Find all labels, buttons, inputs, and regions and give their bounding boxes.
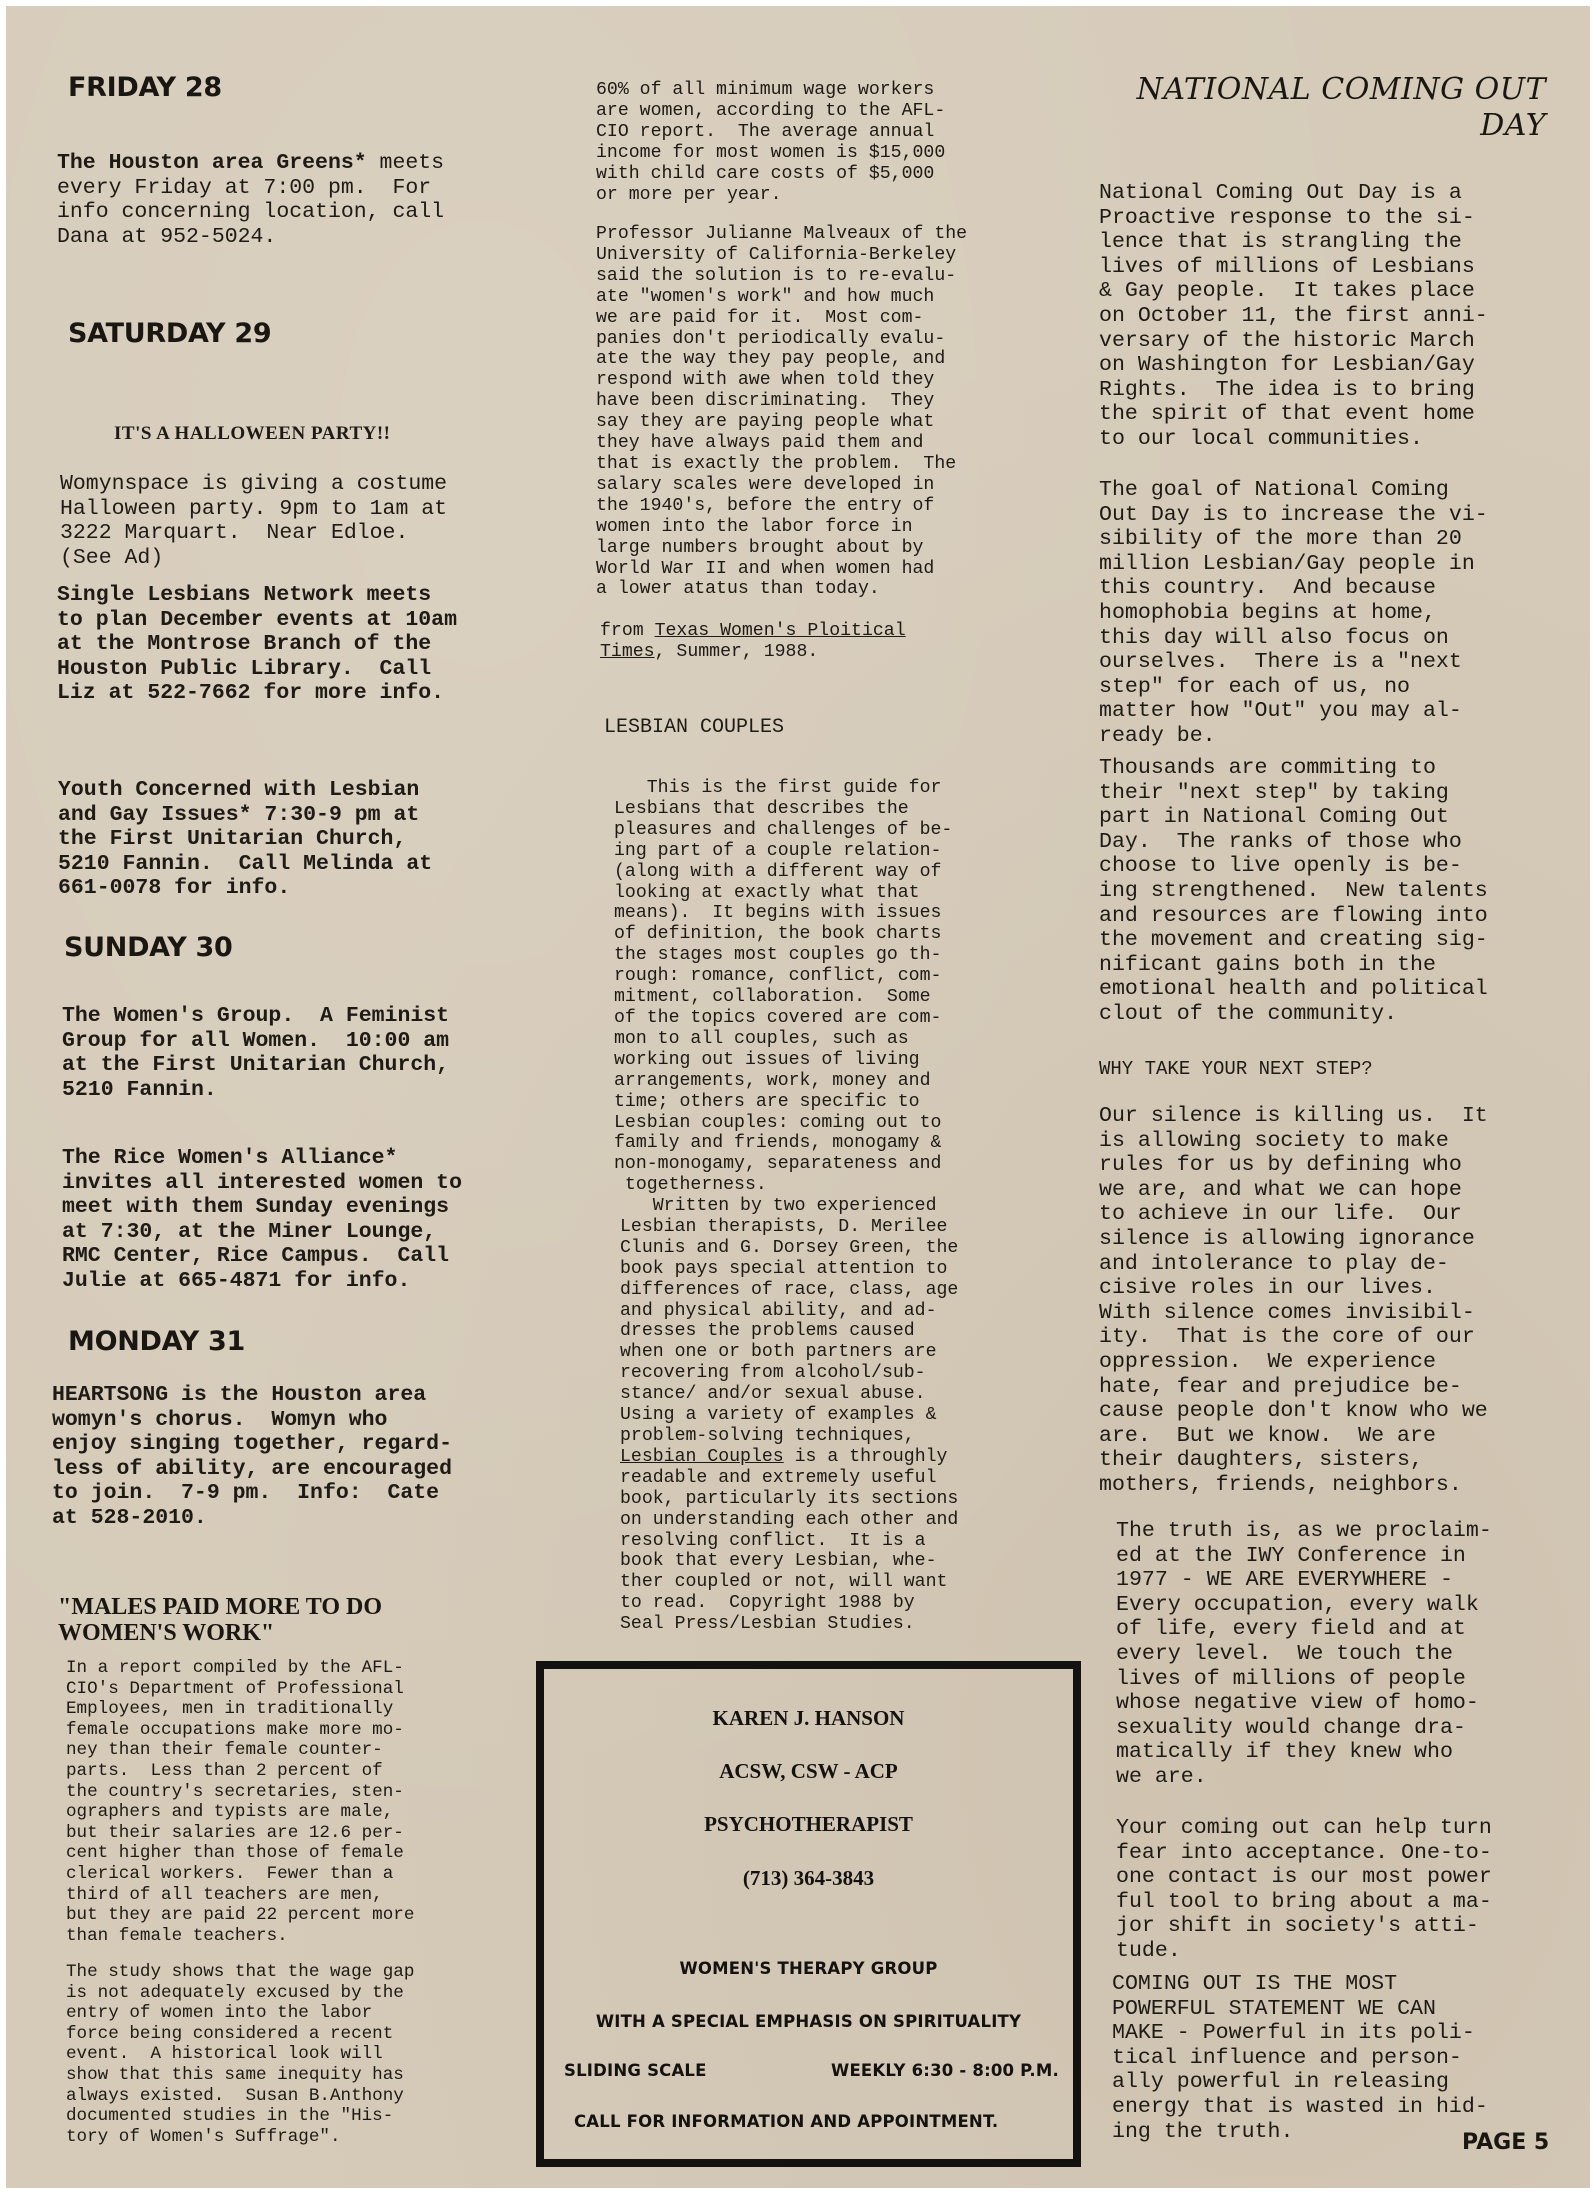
- article-title-national-coming-out-day: NATIONAL COMING OUT DAY: [1106, 72, 1546, 144]
- event-youth-concerned: Youth Concerned with Lesbian and Gay Iss…: [58, 778, 432, 901]
- article-paragraph: 60% of all minimum wage workers are wome…: [596, 80, 945, 205]
- event-womens-group: The Women's Group. A Feminist Group for …: [62, 1004, 449, 1102]
- review-paragraph: This is the first guide for Lesbians tha…: [614, 778, 952, 1196]
- article-paragraph: In a report compiled by the AFL- CIO's D…: [66, 1658, 414, 1946]
- ad-schedule: WEEKLY 6:30 - 8:00 P.M.: [831, 2061, 1059, 2080]
- review-text: Written by two experienced Lesbian thera…: [620, 1196, 958, 1446]
- source-date: , Summer, 1988.: [655, 642, 819, 662]
- title-line: DAY: [1106, 108, 1546, 144]
- event-heartsong: HEARTSONG is the Houston area womyn's ch…: [52, 1383, 452, 1531]
- event-text: meets: [367, 151, 444, 175]
- event-single-lesbians-network: Single Lesbians Network meets to plan De…: [57, 583, 457, 706]
- book-title: Lesbian Couples: [620, 1447, 784, 1467]
- ad-name: KAREN J. HANSON: [544, 1706, 1073, 1731]
- day-heading-sunday: SUNDAY 30: [64, 932, 233, 963]
- event-houston-greens: The Houston area Greens* meets every Fri…: [57, 151, 444, 249]
- ad-fee: SLIDING SCALE: [564, 2061, 707, 2080]
- review-paragraph: Written by two experienced Lesbian thera…: [620, 1196, 958, 1635]
- source-publication-title: Times: [600, 642, 655, 662]
- source-prefix: from: [600, 621, 655, 641]
- ad-credentials: ACSW, CSW - ACP: [544, 1759, 1073, 1784]
- article-paragraph: COMING OUT IS THE MOST POWERFUL STATEMEN…: [1112, 1972, 1488, 2144]
- page-number: PAGE 5: [1462, 2130, 1549, 2155]
- halloween-party-title: IT'S A HALLOWEEN PARTY!!: [114, 423, 391, 445]
- therapist-advertisement: KAREN J. HANSON ACSW, CSW - ACP PSYCHOTH…: [536, 1661, 1081, 2167]
- article-subheading: WHY TAKE YOUR NEXT STEP?: [1099, 1058, 1373, 1080]
- ad-group-name: WOMEN'S THERAPY GROUP: [544, 1959, 1073, 1978]
- review-heading: LESBIAN COUPLES: [604, 716, 784, 739]
- article-paragraph: Our silence is killing us. It is allowin…: [1099, 1104, 1488, 1498]
- event-womynspace: Womynspace is giving a costume Halloween…: [60, 472, 447, 570]
- review-text: is a throughly: [784, 1447, 948, 1467]
- event-org-name: The Houston area Greens*: [57, 151, 367, 175]
- article-paragraph: The study shows that the wage gap is not…: [66, 1962, 414, 2147]
- review-text: readable and extremely useful book, part…: [620, 1468, 958, 1634]
- ad-title: PSYCHOTHERAPIST: [544, 1812, 1073, 1837]
- article-paragraph: Your coming out can help turn fear into …: [1116, 1816, 1492, 1964]
- ad-phone: (713) 364-3843: [544, 1866, 1073, 1891]
- ad-call-to-action: CALL FOR INFORMATION AND APPOINTMENT.: [574, 2112, 998, 2131]
- article-paragraph: The goal of National Coming Out Day is t…: [1099, 478, 1488, 749]
- day-heading-monday: MONDAY 31: [68, 1326, 245, 1357]
- day-heading-saturday: SATURDAY 29: [68, 318, 271, 349]
- article-paragraph: Thousands are commiting to their "next s…: [1099, 756, 1488, 1027]
- article-paragraph: The truth is, as we proclaim- ed at the …: [1116, 1519, 1492, 1790]
- newsletter-page: FRIDAY 28 The Houston area Greens* meets…: [6, 6, 1590, 2188]
- article-paragraph: National Coming Out Day is a Proactive r…: [1099, 181, 1488, 452]
- day-heading-friday: FRIDAY 28: [68, 72, 222, 103]
- article-headline-males-paid-more: "MALES PAID MORE TO DO WOMEN'S WORK": [58, 1594, 382, 1646]
- article-source-citation: from Texas Women's Ploitical Times, Summ…: [600, 621, 906, 663]
- event-body: every Friday at 7:00 pm. For info concer…: [57, 176, 444, 249]
- ad-emphasis: WITH A SPECIAL EMPHASIS ON SPIRITUALITY: [544, 2012, 1073, 2031]
- source-publication-title: Texas Women's Ploitical: [655, 621, 906, 641]
- event-rice-womens-alliance: The Rice Women's Alliance* invites all i…: [62, 1146, 462, 1294]
- article-paragraph: Professor Julianne Malveaux of the Unive…: [596, 224, 967, 600]
- title-line: NATIONAL COMING OUT: [1106, 72, 1546, 108]
